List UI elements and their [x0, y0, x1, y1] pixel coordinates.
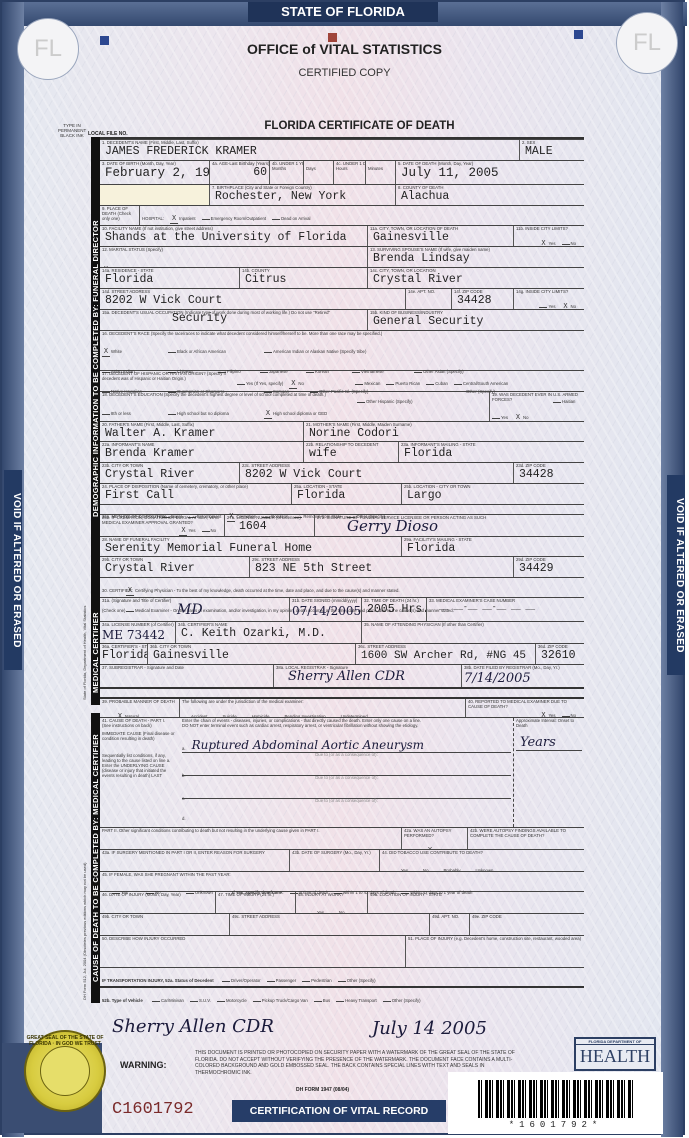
- checkbox-american-indian[interactable]: American Indian or Alaskan Native (Speci…: [264, 349, 366, 354]
- field-interval: Approximate Interval: Onset to Death Yea…: [514, 718, 584, 827]
- checkbox-no[interactable]: No: [492, 848, 507, 849]
- checkbox-heavy-transport[interactable]: Heavy Transport: [336, 998, 377, 1003]
- barcode-text: *1601792*: [448, 1120, 663, 1130]
- field-marital-status: 12. MARITAL STATUS (Specify) XMarriedMar…: [100, 247, 368, 267]
- field-informant-state: 23a. INFORMANT'S MAILING - STATEFlorida: [399, 442, 584, 462]
- field-date-of-death: 5. DATE OF DEATH (Month, Day, Year) July…: [396, 161, 584, 184]
- label: 44. DID TOBACCO USE CONTRIBUTE TO DEATH?: [382, 851, 582, 856]
- field-place-of-injury: 51. PLACE OF INJURY (e.g. Decedent's hom…: [406, 936, 584, 967]
- field-certifier: 30. CERTIFIER:XCertifying Physician - To…: [100, 578, 584, 598]
- label: 30. CERTIFIER:: [102, 589, 126, 594]
- cause-line-c[interactable]: c.: [182, 787, 511, 799]
- checkbox-no[interactable]: XNo: [514, 415, 529, 421]
- label: (See instructions on back): [102, 724, 178, 729]
- checkbox-accident[interactable]: Accident: [182, 714, 207, 717]
- field-funeral-signature: 27b. SIGNATURE OF FUNERAL SERVICE LICENS…: [315, 515, 584, 536]
- field-time-of-death: 32. TIME OF DEATH (24 hr.)2005 Hrs.: [362, 598, 427, 621]
- me-case-number: __ __-__ __-__ __ __: [429, 604, 582, 613]
- place-of-death-options: HOSPITAL:XInpatientEmergency Room/Outpat…: [140, 206, 584, 225]
- city-of-death: Gainesville: [370, 232, 511, 245]
- birthplace: Rochester, New York: [212, 191, 393, 204]
- license-number: 1604: [227, 521, 312, 534]
- field-injury-time: 47. TIME OF INJURY (24 hr.): [216, 892, 296, 913]
- informant-state: Florida: [401, 448, 582, 461]
- certificate-form: 1. DECEDENT'S NAME (First, Middle, Last,…: [100, 137, 584, 988]
- type-in-note: TYPE IN PERMANENT BLACK INK: [58, 124, 86, 139]
- signature-date: July 14 2005: [372, 1018, 487, 1039]
- facility-zip: 34429: [516, 563, 582, 576]
- state-banner: STATE OF FLORIDA: [248, 2, 438, 22]
- field-injury-description: 50. DESCRIBE HOW INJURY OCCURRED: [100, 936, 406, 967]
- field-injury-zip: 49e. ZIP CODE: [470, 914, 584, 935]
- decedent-name: JAMES FREDERICK KRAMER: [102, 146, 517, 159]
- date-of-birth: February 2, 1945: [102, 167, 207, 181]
- field-certifier-street: 36c. STREET ADDRESS1600 SW Archer Rd, #N…: [356, 644, 536, 664]
- health-logo: FLORIDA DEPARTMENT OF HEALTH: [574, 1037, 656, 1071]
- checkbox-emergency-room[interactable]: Emergency Room/Outpatient: [202, 216, 266, 221]
- health-logo-text: HEALTH: [576, 1045, 654, 1067]
- me-jurisdiction: The following are under the jurisdiction…: [180, 699, 466, 717]
- label: 17. DECEDENT OF HISPANIC OR HAITIAN ORIG…: [102, 372, 237, 382]
- label: 14e. APT. NO.: [408, 290, 449, 295]
- label: 12. MARITAL STATUS (Specify): [102, 248, 365, 253]
- seal-center: [40, 1046, 90, 1096]
- field-sex: 2. SEX MALE: [520, 140, 584, 160]
- medical-certifier-sidebar: MEDICAL CERTIFIER: [91, 600, 100, 705]
- checkbox-mexican[interactable]: Mexican: [355, 381, 380, 386]
- label: 49c. STREET ADDRESS: [232, 915, 427, 920]
- facility-state: Florida: [404, 543, 582, 556]
- label: Months: [272, 167, 301, 172]
- checkbox-pedestrian[interactable]: Pedestrian: [302, 978, 332, 983]
- checkbox-hispanic-no[interactable]: XNo: [289, 381, 349, 389]
- field-relationship: 22b. RELATIONSHIP TO DECEDENTwife: [304, 442, 399, 462]
- label: 50. DESCRIBE HOW INJURY OCCURRED: [102, 937, 403, 942]
- label: Hours: [336, 167, 363, 172]
- field-place-of-death: 9. PLACE OF DEATH (Check only one): [100, 206, 140, 225]
- field-disposition-state: 25a. LOCATION - STATEFlorida: [292, 484, 402, 504]
- label: HOSPITAL:: [142, 216, 164, 221]
- great-seal-of-florida: GREAT SEAL OF THE STATE OF FLORIDA · IN …: [24, 1030, 106, 1112]
- field-tobacco: 44. DID TOBACCO USE CONTRIBUTE TO DEATH?…: [380, 850, 584, 871]
- checkbox-yes[interactable]: XYes: [539, 241, 555, 246]
- residence-county: Citrus: [242, 274, 365, 287]
- field-injury-apt: 49d. APT. NO.: [430, 914, 470, 935]
- label: 46. DATE OF INJURY (Month, Day, Year): [102, 893, 213, 898]
- checkbox-white[interactable]: XWhite: [102, 349, 162, 357]
- checkbox-inpatient[interactable]: XInpatient: [170, 216, 196, 224]
- residence-city: Crystal River: [370, 274, 582, 287]
- checkbox-other-status[interactable]: Other (Specify): [338, 978, 376, 983]
- checkbox-no[interactable]: No: [202, 528, 217, 533]
- field-birthplace: 7. BIRTHPLACE (City and State or Foreign…: [210, 185, 396, 205]
- cause-of-death-instructions: 41. CAUSE OF DEATH - PART I. (See instru…: [100, 718, 180, 827]
- checkbox-passenger[interactable]: Passenger: [267, 978, 297, 983]
- field-manner-of-death: 39. PROBABLE MANNER OF DEATHXNatural: [100, 699, 180, 717]
- checkbox-no[interactable]: No: [414, 868, 429, 871]
- checkbox-puerto-rican[interactable]: Puerto Rican: [386, 381, 420, 386]
- checkbox-yes[interactable]: Yes: [308, 910, 324, 913]
- cause-line-b[interactable]: b.: [182, 764, 511, 776]
- field-informant-street: 23c. STREET ADDRESS8202 W Vick Court: [240, 463, 514, 483]
- field-county-of-death: 8. COUNTY OF DEATH Alachua: [396, 185, 584, 205]
- warning-label: WARNING:: [120, 1060, 167, 1070]
- field-informant-name: 22a. INFORMANT'S NAMEBrenda Kramer: [100, 442, 304, 462]
- cause-line-a[interactable]: a.Ruptured Abdominal Aortic Aneurysm: [182, 737, 511, 753]
- label: 45. IF FEMALE, WAS SHE PREGNANT WITHIN T…: [102, 873, 582, 878]
- checkbox-yes[interactable]: Yes: [492, 415, 508, 420]
- father-name: Walter A. Kramer: [102, 428, 301, 441]
- state-dept-note: State of Florida, Department of Health, …: [82, 560, 87, 700]
- field-mother-name: 21. MOTHER'S NAME (First, Middle, Maiden…: [304, 422, 584, 441]
- date-signed: 07/14/2005: [292, 604, 359, 618]
- field-facility-name: 10. FACILITY NAME (If not institution, g…: [100, 226, 368, 246]
- label: 49d. APT. NO.: [432, 915, 467, 920]
- checkbox-yes[interactable]: XYes: [179, 528, 195, 536]
- checkbox-car[interactable]: Car/Minivan: [152, 998, 184, 1003]
- checkbox-motorcycle[interactable]: Motorcycle: [217, 998, 247, 1003]
- age: 60: [212, 167, 267, 180]
- field-me-approval: 26b. IF CREMATION, DONATION OR BURIAL AT…: [100, 515, 225, 536]
- cause-line-d[interactable]: d.: [182, 807, 511, 817]
- field-under-1-day-minutes: Minutes: [366, 161, 396, 184]
- label: 47. TIME OF INJURY (24 hr.): [218, 893, 293, 898]
- field-autopsy: 42a. WAS AN AUTOPSY PERFORMED?YesXNo: [402, 828, 468, 849]
- certifier-zip: 32610: [538, 650, 582, 663]
- field-local-registrar: 38a. LOCAL REGISTRAR - SignatureSherry A…: [274, 665, 462, 687]
- business-industry: General Security: [370, 316, 582, 329]
- date-of-death: July 11, 2005: [398, 167, 582, 181]
- date-filed: 7/14/2005: [464, 671, 582, 686]
- spouse-name: Brenda Lindsay: [370, 253, 582, 266]
- funeral-facility-name: Serenity Memorial Funeral Home: [102, 543, 399, 556]
- checkbox-yes[interactable]: Yes: [404, 848, 420, 849]
- cause-of-death-lines: Enter the chain of events - diseases, in…: [180, 718, 514, 827]
- mother-name: Norine Codori: [306, 428, 582, 441]
- field-injury-at-work: 48. INJURY AT WORK?YesNo: [296, 892, 368, 913]
- field-subregistrar: 37. SUBREGISTRAR - Signature and Date: [100, 665, 274, 687]
- field-residence-county: 14b. COUNTYCitrus: [240, 268, 368, 288]
- field-informant-city: 23b. CITY OR TOWNCrystal River: [100, 463, 240, 483]
- time-of-death: 2005 Hrs.: [364, 604, 424, 617]
- checkbox-no[interactable]: No: [330, 910, 345, 913]
- field-facility-city: 29b. CITY OR TOWNCrystal River: [100, 557, 250, 577]
- facility-street: 823 NE 5th Street: [252, 563, 511, 576]
- checkbox-cuban[interactable]: Cuban: [426, 381, 448, 386]
- redacted-ssn-box: [100, 185, 210, 205]
- field-certifier-license: 34a. LICENSE NUMBER (of Certifier)ME 734…: [100, 622, 176, 643]
- certifier-city: Gainesville: [150, 650, 353, 663]
- relationship: wife: [306, 448, 396, 461]
- certifier-state: Florida: [102, 650, 145, 663]
- checkbox-natural[interactable]: XNatural: [116, 714, 139, 717]
- field-city-of-death: 11a. CITY, TOWN, OR LOCATION OF DEATHGai…: [368, 226, 514, 246]
- field-age: 4a. AGE-Last Birthday (Years) 60: [210, 161, 270, 184]
- checkbox-yes[interactable]: XYes: [539, 713, 555, 717]
- field-inside-city-limits: 11b. INSIDE CITY LIMITS?XYesNo: [514, 226, 584, 246]
- field-occupation: 15a. DECEDENT'S USUAL OCCUPATION (Indica…: [100, 310, 368, 330]
- field-date-signed: 31b. DATE SIGNED (mm/dd/yyyy)07/14/2005: [290, 598, 362, 621]
- checkbox-black[interactable]: Black or African American: [168, 349, 258, 354]
- field-funeral-facility: 28. NAME OF FUNERAL FACILITYSerenity Mem…: [100, 537, 402, 556]
- void-banner-left: VOID IF ALTERED OR ERASED: [4, 470, 22, 670]
- checkbox-central-south-american[interactable]: Central/South American: [454, 381, 508, 386]
- field-injury-date: 46. DATE OF INJURY (Month, Day, Year): [100, 892, 216, 913]
- field-decedent-name: 1. DECEDENT'S NAME (First, Middle, Last,…: [100, 140, 520, 160]
- field-license-number: 27a. LICENSE NUMBER (of Licensee)1604: [225, 515, 315, 536]
- certified-copy: CERTIFIED COPY: [0, 67, 689, 79]
- checkbox-dead-on-arrival[interactable]: Dead on Arrival: [272, 216, 310, 221]
- label: 52b. Type of Vehicle: [102, 999, 152, 1004]
- label: 49b. CITY OR TOWN: [102, 915, 227, 920]
- field-date-filed: 38b. DATE FILED BY REGISTRAR (Mo., Day, …: [462, 665, 584, 687]
- label: 51. PLACE OF INJURY (e.g. Decedent's hom…: [408, 937, 582, 942]
- field-father-name: 20. FATHER'S NAME (First, Middle, Last, …: [100, 422, 304, 441]
- checkbox-unknown[interactable]: Unknown: [466, 868, 493, 871]
- certifier-name: C. Keith Ozarki, M.D.: [178, 628, 359, 641]
- field-facility-zip: 29d. ZIP CODE34429: [514, 557, 584, 577]
- certifier-signature: MD: [102, 602, 287, 618]
- checkbox-driver[interactable]: Driver/Operator: [222, 978, 261, 983]
- label: 16. DECEDENT'S RACE (Specify the race/ra…: [102, 332, 582, 337]
- checkbox-high-school-no-diploma[interactable]: High school but no diploma: [168, 411, 258, 416]
- interval-a: Years: [516, 735, 582, 751]
- street-address: 8202 W Vick Court: [102, 295, 403, 308]
- checkbox-yes[interactable]: Yes: [539, 304, 555, 309]
- label: 35. NAME OF ATTENDING PHYSICIAN (If othe…: [364, 623, 582, 628]
- field-business: 15b. KIND OF BUSINESS/INDUSTRYGeneral Se…: [368, 310, 584, 330]
- place-of-disposition: First Call: [102, 490, 289, 503]
- checkbox-no[interactable]: No: [562, 241, 577, 246]
- informant-city: Crystal River: [102, 469, 237, 482]
- label: Minutes: [368, 167, 393, 172]
- label: 49a. LOCATION OF INJURY - STATE: [370, 893, 582, 898]
- checkbox-suv[interactable]: S.U.V.: [190, 998, 211, 1003]
- checkbox-yes[interactable]: Yes: [470, 848, 486, 849]
- checkbox-certifying-physician[interactable]: XCertifying Physician - To the best of m…: [126, 588, 400, 596]
- field-education: 18. DECEDENT'S EDUCATION (Specify the de…: [100, 392, 490, 421]
- blue-square-right: [574, 30, 583, 39]
- label: IMMEDIATE CAUSE (Final disease or condit…: [102, 732, 178, 742]
- checkbox-no[interactable]: XNo: [562, 304, 577, 309]
- registrar-signature: Sherry Allen CDR: [112, 1016, 274, 1037]
- field-certifier-zip: 36d. ZIP CODE32610: [536, 644, 584, 664]
- cause-of-death-sidebar: CAUSE OF DEATH TO BE COMPLETED BY: MEDIC…: [91, 713, 100, 1003]
- checkbox-pending[interactable]: Pending Investigation: [276, 714, 326, 717]
- field-spouse-name: 13. SURVIVING SPOUSE'S NAME (If wife, gi…: [368, 247, 584, 267]
- certifier-street: 1600 SW Archer Rd, #NG 45: [358, 650, 533, 662]
- field-disposition-city: 25b. LOCATION - CITY OR TOWNLargo: [402, 484, 584, 504]
- checkbox-probably[interactable]: Probably: [435, 868, 461, 871]
- county-of-death: Alachua: [398, 191, 582, 204]
- field-under-1-year-days: Days: [304, 161, 334, 184]
- residence-state: Florida: [102, 274, 237, 287]
- checkbox-other-vehicle[interactable]: Other (Specify): [383, 998, 421, 1003]
- field-inside-city-limits-2: 14g. INSIDE CITY LIMITS?YesXNo: [514, 289, 584, 309]
- label: Sequentially list conditions, if any, le…: [102, 754, 178, 779]
- field-facility-street: 29c. STREET ADDRESS823 NE 5th Street: [250, 557, 514, 577]
- checkbox-bus[interactable]: Bus: [314, 998, 330, 1003]
- sex: MALE: [522, 146, 582, 159]
- field-certifier-name: 34b. CERTIFIER'S NAMEC. Keith Ozarki, M.…: [176, 622, 362, 643]
- checkbox-no[interactable]: No: [562, 713, 577, 717]
- label: 42b. WERE AUTOPSY FINDINGS AVAILABLE TO …: [470, 829, 582, 839]
- local-registrar-signature: Sherry Allen CDR: [276, 669, 459, 684]
- checkbox-hispanic-yes[interactable]: Yes (If Yes, specify): [237, 381, 283, 386]
- checkbox-high-school-diploma[interactable]: XHigh school diploma or GED: [264, 411, 327, 419]
- label: 19. WAS DECEDENT EVER IN U.S. ARMED FORC…: [492, 393, 582, 403]
- checkbox-pickup[interactable]: Pickup Truck/Cargo Van: [253, 998, 308, 1003]
- disposition-state: Florida: [294, 490, 399, 503]
- barcode-bars: [478, 1080, 633, 1118]
- field-injury-state: 49a. LOCATION OF INJURY - STATE: [368, 892, 584, 913]
- checkbox-homicide[interactable]: Homicide: [243, 714, 270, 717]
- field-facility-state: 29a. FACILITY'S MAILING - STATEFlorida: [402, 537, 584, 556]
- field-place-of-disposition: 24. PLACE OF DISPOSITION (Name of cemete…: [100, 484, 292, 504]
- informant-name: Brenda Kramer: [102, 448, 301, 461]
- field-attending-physician: 35. NAME OF ATTENDING PHYSICIAN (If othe…: [362, 622, 584, 643]
- field-pregnancy: 45. IF FEMALE, WAS SHE PREGNANT WITHIN T…: [100, 872, 584, 892]
- void-banner-right: VOID IF ALTERED OR ERASED: [667, 475, 685, 675]
- serial-number: C1601792: [112, 1100, 194, 1119]
- field-injury-city: 49b. CITY OR TOWN: [100, 914, 230, 935]
- disposition-city: Largo: [404, 490, 582, 503]
- field-hispanic-origin: 17. DECEDENT OF HISPANIC OR HAITIAN ORIG…: [100, 371, 584, 392]
- office-title: OFFICE of VITAL STATISTICS: [0, 41, 689, 57]
- field-surgery-date: 43b. DATE OF SURGERY (Mo., Day, Yr.): [290, 850, 380, 871]
- label: PART II. Other significant conditions co…: [102, 829, 399, 834]
- field-certifier-signature: 31a. (Signature and Title of Certifier)M…: [100, 598, 290, 621]
- facility-city: Crystal River: [102, 563, 247, 576]
- field-dob: 3. DATE OF BIRTH (Month, Day, Year) Febr…: [100, 161, 210, 184]
- label: 18. DECEDENT'S EDUCATION (Specify the de…: [102, 393, 487, 398]
- label: 43a. IF SURGERY MENTIONED IN PART I OR I…: [102, 851, 287, 856]
- checkbox-undetermined[interactable]: Undetermined: [332, 714, 368, 717]
- label: IF TRANSPORTATION INJURY, 52a. Status of…: [102, 979, 222, 984]
- field-informant-zip: 23d. ZIP CODE34428: [514, 463, 584, 483]
- label: 9. PLACE OF DEATH (Check only one): [102, 207, 137, 222]
- label: 48. INJURY AT WORK?: [298, 893, 365, 898]
- field-certifier-city: 36b. CITY OR TOWNGainesville: [148, 644, 356, 664]
- label: 42a. WAS AN AUTOPSY PERFORMED?: [404, 829, 465, 839]
- field-autopsy-findings: 42b. WERE AUTOPSY FINDINGS AVAILABLE TO …: [468, 828, 584, 849]
- barcode: *1601792*: [448, 1072, 663, 1134]
- certifier-license: ME 73442: [102, 628, 173, 642]
- field-zip: 14f. ZIP CODE34428: [452, 289, 514, 309]
- checkbox-suicide[interactable]: Suicide: [213, 714, 236, 717]
- field-transportation-injury: IF TRANSPORTATION INJURY, 52a. Status of…: [100, 968, 584, 988]
- certification-banner: CERTIFICATION OF VITAL RECORD: [232, 1100, 446, 1122]
- label: 43b. DATE OF SURGERY (Mo., Day, Yr.): [292, 851, 377, 856]
- informant-street: 8202 W Vick Court: [242, 469, 511, 482]
- zip-code: 34428: [454, 295, 511, 308]
- field-reported-to-me: 40. REPORTED TO MEDICAL EXAMINER DUE TO …: [466, 699, 584, 717]
- label: DO NOT enter terminal event such as card…: [182, 724, 511, 729]
- label: 49e. ZIP CODE: [472, 915, 582, 920]
- facility-name: Shands at the University of Florida: [102, 232, 365, 245]
- label: Approximate Interval: Onset to Death: [516, 719, 582, 729]
- dh-form-number: DH FORM 1947 (08/04): [296, 1087, 349, 1093]
- field-surgery-reason: 43a. IF SURGERY MENTIONED IN PART I OR I…: [100, 850, 290, 871]
- field-race: 16. DECEDENT'S RACE (Specify the race/ra…: [100, 331, 584, 371]
- field-method-of-disposition: 26a. METHOD OF DISPOSITIONBurialEntombme…: [100, 505, 584, 515]
- field-me-case-number: 33. MEDICAL EXAMINER'S CASE NUMBER__ __-…: [427, 598, 584, 621]
- label: Days: [306, 167, 331, 172]
- field-under-1-year-months: 4b. UNDER 1 YEARMonths: [270, 161, 304, 184]
- field-certifier-state: 36a. CERTIFIER'S - STATEFlorida: [100, 644, 148, 664]
- label: 39. PROBABLE MANNER OF DEATH: [102, 700, 177, 705]
- field-street-address: 14d. STREET ADDRESS8202 W Vick Court: [100, 289, 406, 309]
- checkbox-yes[interactable]: Yes: [392, 868, 408, 871]
- field-injury-street: 49c. STREET ADDRESS: [230, 914, 430, 935]
- field-under-1-day-hours: 4c. UNDER 1 DAYHours: [334, 161, 366, 184]
- field-armed-forces: 19. WAS DECEDENT EVER IN U.S. ARMED FORC…: [490, 392, 584, 421]
- field-part-2: PART II. Other significant conditions co…: [100, 828, 402, 849]
- label: 37. SUBREGISTRAR - Signature and Date: [102, 666, 271, 671]
- field-apt-no: 14e. APT. NO.: [406, 289, 452, 309]
- checkbox-no[interactable]: XNo: [426, 848, 441, 849]
- informant-zip: 34428: [516, 469, 582, 482]
- field-residence-state: 14a. RESIDENCE - STATEFlorida: [100, 268, 240, 288]
- checkbox-8th-or-less[interactable]: 8th or less: [102, 411, 162, 416]
- dh-form-side-note: DH Form 512, Jul. 2004 (Obsoletes previo…: [82, 780, 87, 1000]
- field-residence-city: 14c. CITY, TOWN, OR LOCATIONCrystal Rive…: [368, 268, 584, 288]
- funeral-director-sidebar: DEMOGRAPHIC INFORMATION TO BE COMPLETED …: [91, 137, 100, 600]
